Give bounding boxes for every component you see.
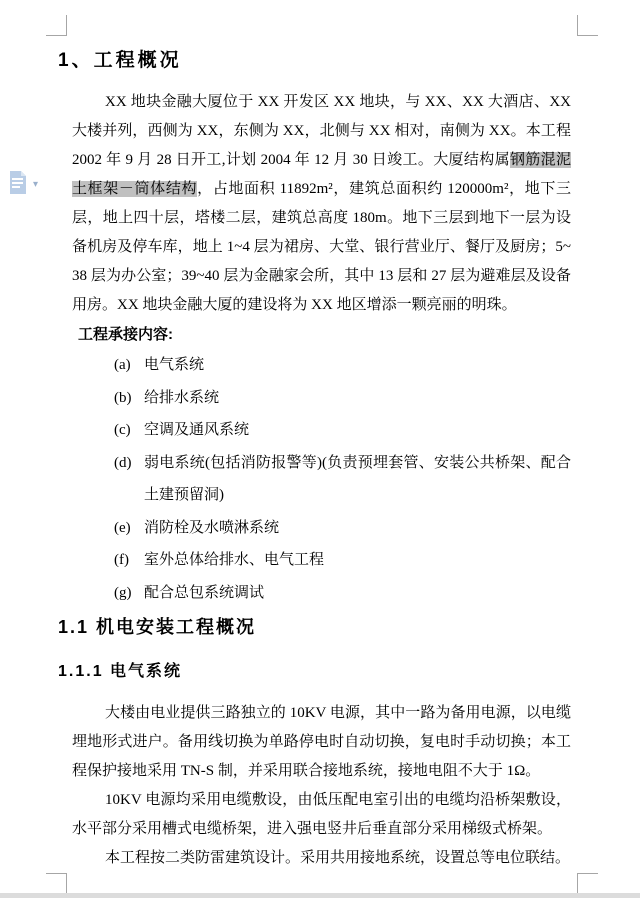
text-boundary-mark-bottom-right: [577, 873, 598, 894]
list-item-label: (d): [114, 447, 144, 512]
list-item-text: 弱电系统(包括消防报警等)(负责预埋套管、安装公共桥架、配合土建预留洞): [144, 447, 571, 512]
list-item-text: 空调及通风系统: [144, 414, 571, 447]
list-item-label: (c): [114, 414, 144, 447]
list-item-text: 消防栓及水喷淋系统: [144, 512, 571, 545]
list-item: (c) 空调及通风系统: [72, 414, 571, 447]
list-item-text: 配合总包系统调试: [144, 577, 571, 610]
paragraph-lightning-protection: 本工程按二类防雷建筑设计。采用共用接地系统，设置总等电位联结。: [72, 844, 571, 873]
list-item: (g) 配合总包系统调试: [72, 577, 571, 610]
list-item-label: (b): [114, 382, 144, 415]
list-item: (f) 室外总体给排水、电气工程: [72, 544, 571, 577]
list-item: (b) 给排水系统: [72, 382, 571, 415]
list-item-label: (g): [114, 577, 144, 610]
list-item-label: (a): [114, 349, 144, 382]
document-icon: [8, 169, 28, 201]
list-item-text: 给排水系统: [144, 382, 571, 415]
paragraph-cable-routing: 10KV 电源均采用电缆敷设，由低压配电室引出的电缆均沿桥架敷设，水平部分采用槽…: [72, 786, 571, 844]
list-item: (a) 电气系统: [72, 349, 571, 382]
document-body: 1、工程概况 XX 地块金融大厦位于 XX 开发区 XX 地块，与 XX、XX …: [72, 44, 571, 873]
text-boundary-mark-top-left: [46, 15, 67, 36]
subheading-contract-scope: 工程承接内容:: [78, 320, 571, 349]
paragraph-text-after-highlight: ，占地面积 11892m²，建筑总面积约 120000m²，地下三层，地上四十层…: [72, 181, 571, 313]
paragraph-power-supply: 大楼由电业提供三路独立的 10KV 电源，其中一路为备用电源，以电缆埋地形式进户…: [72, 699, 571, 786]
list-item-label: (f): [114, 544, 144, 577]
document-page: ▾ 1、工程概况 XX 地块金融大厦位于 XX 开发区 XX 地块，与 XX、X…: [0, 0, 640, 898]
list-item: (d) 弱电系统(包括消防报警等)(负责预埋套管、安装公共桥架、配合土建预留洞): [72, 447, 571, 512]
list-item-label: (e): [114, 512, 144, 545]
dropdown-arrow-icon[interactable]: ▾: [33, 180, 38, 190]
list-item-text: 电气系统: [144, 349, 571, 382]
heading-project-overview: 1、工程概况: [58, 48, 571, 74]
list-item-text: 室外总体给排水、电气工程: [144, 544, 571, 577]
heading-mep-overview: 1.1 机电安装工程概况: [58, 615, 571, 639]
paragraph-text-before-highlight: XX 地块金融大厦位于 XX 开发区 XX 地块，与 XX、XX 大酒店、XX …: [72, 94, 571, 168]
text-boundary-mark-top-right: [577, 15, 598, 36]
list-item: (e) 消防栓及水喷淋系统: [72, 512, 571, 545]
paragraph-project-description: XX 地块金融大厦位于 XX 开发区 XX 地块，与 XX、XX 大酒店、XX …: [72, 88, 571, 320]
contract-items-list: (a) 电气系统 (b) 给排水系统 (c) 空调及通风系统 (d) 弱电系统(…: [72, 349, 571, 609]
heading-electrical-system: 1.1.1 电气系统: [58, 661, 571, 683]
window-bottom-edge: [0, 893, 640, 898]
text-boundary-mark-bottom-left: [46, 873, 67, 894]
margin-object-marker[interactable]: ▾: [8, 169, 38, 201]
